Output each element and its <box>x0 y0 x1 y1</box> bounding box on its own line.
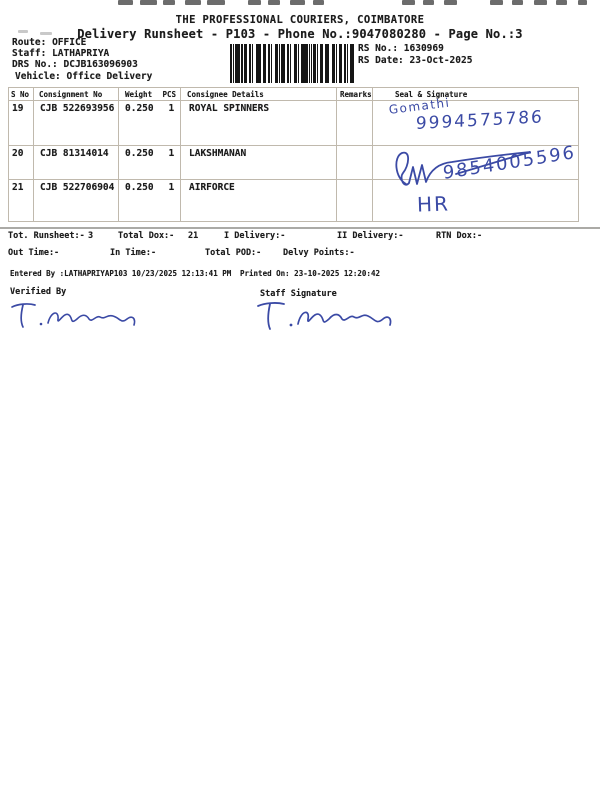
cutoff-text-fragment <box>268 0 280 5</box>
staff-line: Staff: LATHAPRIYA <box>12 48 109 59</box>
staff-value: LATHAPRIYA <box>52 48 109 59</box>
rtn-dox-label: RTN Dox:- <box>436 231 482 241</box>
cutoff-text-fragment <box>402 0 415 5</box>
cutoff-text-fragment <box>185 0 201 5</box>
cell-consignee: AIRFORCE <box>181 180 337 222</box>
ii-delivery-label: II Delivery:- <box>337 231 404 241</box>
total-pod-label: Total POD:- <box>205 248 261 258</box>
cell-consignment-no: CJB 81314014 <box>34 146 119 180</box>
cutoff-text-fragment <box>248 0 261 5</box>
printed-on-line: Printed On: 23-10-2025 12:20:42 <box>240 269 380 278</box>
cell-remarks <box>337 101 373 146</box>
verified-by-signature <box>8 298 143 330</box>
rs-no-line: RS No.: 1630969 <box>358 43 444 54</box>
rs-no-label: RS No.: <box>358 43 398 54</box>
staff-label: Staff: <box>12 48 46 59</box>
vehicle-value: Office Delivery <box>67 71 153 82</box>
drs-value: DCJB163096903 <box>64 59 138 70</box>
cutoff-text-fragment <box>556 0 567 5</box>
cell-weight: 0.250 <box>119 146 161 180</box>
route-value: OFFICE <box>52 37 86 48</box>
cell-pcs: 1 <box>161 101 181 146</box>
header-s-no: S No <box>9 88 34 101</box>
verified-by-label: Verified By <box>10 287 66 297</box>
cell-remarks <box>337 146 373 180</box>
in-time-label: In Time:- <box>110 248 156 258</box>
cutoff-text-fragment <box>423 0 434 5</box>
header-pcs: PCS <box>161 88 181 101</box>
out-time-label: Out Time:- <box>8 248 59 258</box>
total-dox-value: 21 <box>188 231 198 241</box>
cutoff-text-fragment <box>490 0 503 5</box>
vehicle-label: Vehicle: <box>15 71 61 82</box>
cutoff-text-fragment <box>578 0 587 5</box>
cutoff-text-fragment <box>534 0 547 5</box>
cell-pcs: 1 <box>161 146 181 180</box>
cutoff-text-fragment <box>313 0 324 5</box>
cutoff-text-fragment <box>290 0 305 5</box>
header-seal-signature: Seal & Signature <box>373 88 579 101</box>
tot-runsheet-label: Tot. Runsheet:- <box>8 231 85 241</box>
header-consignment-no: Consignment No <box>34 88 119 101</box>
rs-date-line: RS Date: 23-Oct-2025 <box>358 55 472 66</box>
horizontal-divider <box>0 227 600 229</box>
entered-by-line: Entered By :LATHAPRIYAP103 10/23/2025 12… <box>10 269 231 278</box>
handwritten-note-hr: HR <box>417 191 451 216</box>
rs-no-value: 1630969 <box>404 43 444 54</box>
cell-consignee: ROYAL SPINNERS <box>181 101 337 146</box>
cell-consignment-no: CJB 522706904 <box>34 180 119 222</box>
i-delivery-label: I Delivery:- <box>224 231 285 241</box>
cutoff-text-fragment <box>163 0 175 5</box>
scanned-delivery-runsheet: THE PROFESSIONAL COURIERS, COIMBATORE De… <box>0 0 600 800</box>
route-label: Route: <box>12 37 46 48</box>
scan-cutoff-artifacts <box>0 0 600 6</box>
header-weight: Weight <box>119 88 161 101</box>
route-line: Route: OFFICE <box>12 37 86 48</box>
cutoff-text-fragment <box>512 0 523 5</box>
cell-s-no: 21 <box>9 180 34 222</box>
cell-weight: 0.250 <box>119 180 161 222</box>
rs-barcode <box>230 44 355 83</box>
cutoff-text-fragment <box>444 0 457 5</box>
total-dox-label: Total Dox:- <box>118 231 174 241</box>
cutoff-text-fragment <box>207 0 225 5</box>
rs-date-label: RS Date: <box>358 55 404 66</box>
tot-runsheet-value: 3 <box>88 231 93 241</box>
cell-weight: 0.250 <box>119 101 161 146</box>
document-subtitle: Delivery Runsheet - P103 - Phone No.:904… <box>0 27 600 41</box>
cell-pcs: 1 <box>161 180 181 222</box>
cell-consignment-no: CJB 522693956 <box>34 101 119 146</box>
drs-label: DRS No.: <box>12 59 58 70</box>
cutoff-text-fragment <box>118 0 133 5</box>
staff-signature-handwriting <box>250 295 400 333</box>
cell-s-no: 19 <box>9 101 34 146</box>
rs-date-value: 23-Oct-2025 <box>410 55 473 66</box>
header-remarks: Remarks <box>337 88 373 101</box>
document-title: THE PROFESSIONAL COURIERS, COIMBATORE <box>0 14 600 26</box>
cell-s-no: 20 <box>9 146 34 180</box>
table-header-row: S No Consignment No Weight PCS Consignee… <box>9 88 579 101</box>
cell-consignee: LAKSHMANAN <box>181 146 337 180</box>
vehicle-line: Vehicle: Office Delivery <box>15 71 152 82</box>
cell-remarks <box>337 180 373 222</box>
drs-line: DRS No.: DCJB163096903 <box>12 59 138 70</box>
header-consignee-details: Consignee Details <box>181 88 337 101</box>
delvy-points-label: Delvy Points:- <box>283 248 355 258</box>
cutoff-text-fragment <box>140 0 157 5</box>
